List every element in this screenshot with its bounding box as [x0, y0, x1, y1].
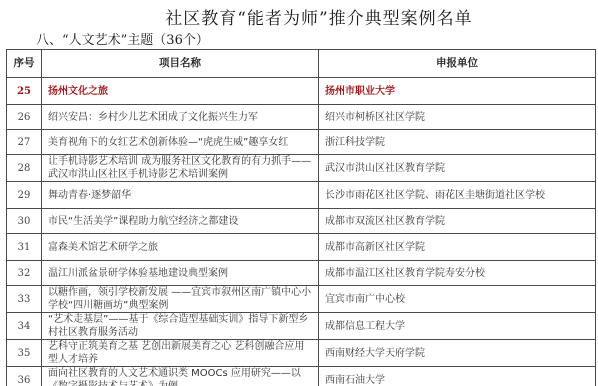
- project-name: 舞动青春·逐梦韶华: [42, 182, 319, 209]
- row-number: 30: [7, 209, 42, 234]
- table-row: 30 市民“生活美学”课程助力航空经济之都建设 成都市双流区社区教育学院: [7, 209, 596, 234]
- case-list-table: 序号 项目名称 申报单位 25 扬州文化之旅 扬州市职业大学 26 绍兴安昌：乡…: [6, 49, 596, 386]
- project-name: 市民“生活美学”课程助力航空经济之都建设: [42, 209, 319, 234]
- row-number: 28: [7, 155, 42, 182]
- applicant-unit: 成都市温江区社区教育学院寿安分校: [319, 261, 596, 286]
- project-name: 美育视角下的女红艺术创新体验—“虎虎生威”趣享女红: [42, 130, 319, 155]
- project-name: 以糖作画，领引学校新发展 ——宜宾市叙州区南广镇中心小学校“四川糖画坊”典型案例: [42, 286, 319, 313]
- project-name: 扬州文化之旅: [42, 78, 319, 105]
- applicant-unit: 绍兴市柯桥区社区学院: [319, 105, 596, 130]
- applicant-unit: 成都市高新区社区学院: [319, 234, 596, 261]
- project-name: 富森美术馆艺术研学之旅: [42, 234, 319, 261]
- project-name: 艺科守正筑美育之基 艺创出新展美育之心 艺科创融合应用型人才培养: [42, 340, 319, 367]
- applicant-unit: 成都信息工程大学: [319, 313, 596, 340]
- applicant-unit: 宜宾市南广中心校: [319, 286, 596, 313]
- table-row: 36 面向社区教育的人文艺术通识类 MOOCs 应用研究——以《数字摄影技术与艺…: [7, 367, 596, 386]
- applicant-unit: 成都市双流区社区教育学院: [319, 209, 596, 234]
- row-number: 25: [7, 78, 42, 105]
- project-name: 温江川派盆景研学体验基地建设典型案例: [42, 261, 319, 286]
- table-row: 31 富森美术馆艺术研学之旅 成都市高新区社区学院: [7, 234, 596, 261]
- table-row: 25 扬州文化之旅 扬州市职业大学: [7, 78, 596, 105]
- row-number: 29: [7, 182, 42, 209]
- table-row: 35 艺科守正筑美育之基 艺创出新展美育之心 艺科创融合应用型人才培养 西南财经…: [7, 340, 596, 367]
- applicant-unit: 浙江科技学院: [319, 130, 596, 155]
- document-title: 社区教育“能者为师”推介典型案例名单: [0, 4, 598, 29]
- row-number: 33: [7, 286, 42, 313]
- project-name: 让手机诗影艺术培训 成为服务社区文化教育的有力抓手——武汉市洪山区社区手机诗影艺…: [42, 155, 319, 182]
- project-name: 绍兴安昌：乡村少儿艺术团成了文化振兴生力军: [42, 105, 319, 130]
- section-heading: 八、“人文艺术”主题（36个）: [36, 29, 209, 48]
- row-number: 35: [7, 340, 42, 367]
- applicant-unit: 长沙市雨花区社区学院、雨花区圭塘街道社区学校: [319, 182, 596, 209]
- table-header-row: 序号 项目名称 申报单位: [7, 50, 596, 78]
- applicant-unit: 武汉市洪山区社区教育学院: [319, 155, 596, 182]
- table-row: 27 美育视角下的女红艺术创新体验—“虎虎生威”趣享女红 浙江科技学院: [7, 130, 596, 155]
- header-project-name: 项目名称: [42, 50, 319, 78]
- row-number: 31: [7, 234, 42, 261]
- row-number: 26: [7, 105, 42, 130]
- header-applicant-unit: 申报单位: [319, 50, 596, 78]
- table-row: 29 舞动青春·逐梦韶华 长沙市雨花区社区学院、雨花区圭塘街道社区学校: [7, 182, 596, 209]
- table-row: 28 让手机诗影艺术培训 成为服务社区文化教育的有力抓手——武汉市洪山区社区手机…: [7, 155, 596, 182]
- applicant-unit: 西南石油大学: [319, 367, 596, 386]
- project-name: 面向社区教育的人文艺术通识类 MOOCs 应用研究——以《数字摄影技术与艺术》为…: [42, 367, 319, 386]
- project-name: “艺术走基层”——基于《综合造型基础实训》指导下新型乡村社区教育服务活动: [42, 313, 319, 340]
- applicant-unit: 扬州市职业大学: [319, 78, 596, 105]
- row-number: 36: [7, 367, 42, 386]
- row-number: 34: [7, 313, 42, 340]
- applicant-unit: 西南财经大学天府学院: [319, 340, 596, 367]
- row-number: 27: [7, 130, 42, 155]
- table-row: 26 绍兴安昌：乡村少儿艺术团成了文化振兴生力军 绍兴市柯桥区社区学院: [7, 105, 596, 130]
- table-row: 34 “艺术走基层”——基于《综合造型基础实训》指导下新型乡村社区教育服务活动 …: [7, 313, 596, 340]
- table-row: 33 以糖作画，领引学校新发展 ——宜宾市叙州区南广镇中心小学校“四川糖画坊”典…: [7, 286, 596, 313]
- table-row: 32 温江川派盆景研学体验基地建设典型案例 成都市温江区社区教育学院寿安分校: [7, 261, 596, 286]
- row-number: 32: [7, 261, 42, 286]
- header-number: 序号: [7, 50, 42, 78]
